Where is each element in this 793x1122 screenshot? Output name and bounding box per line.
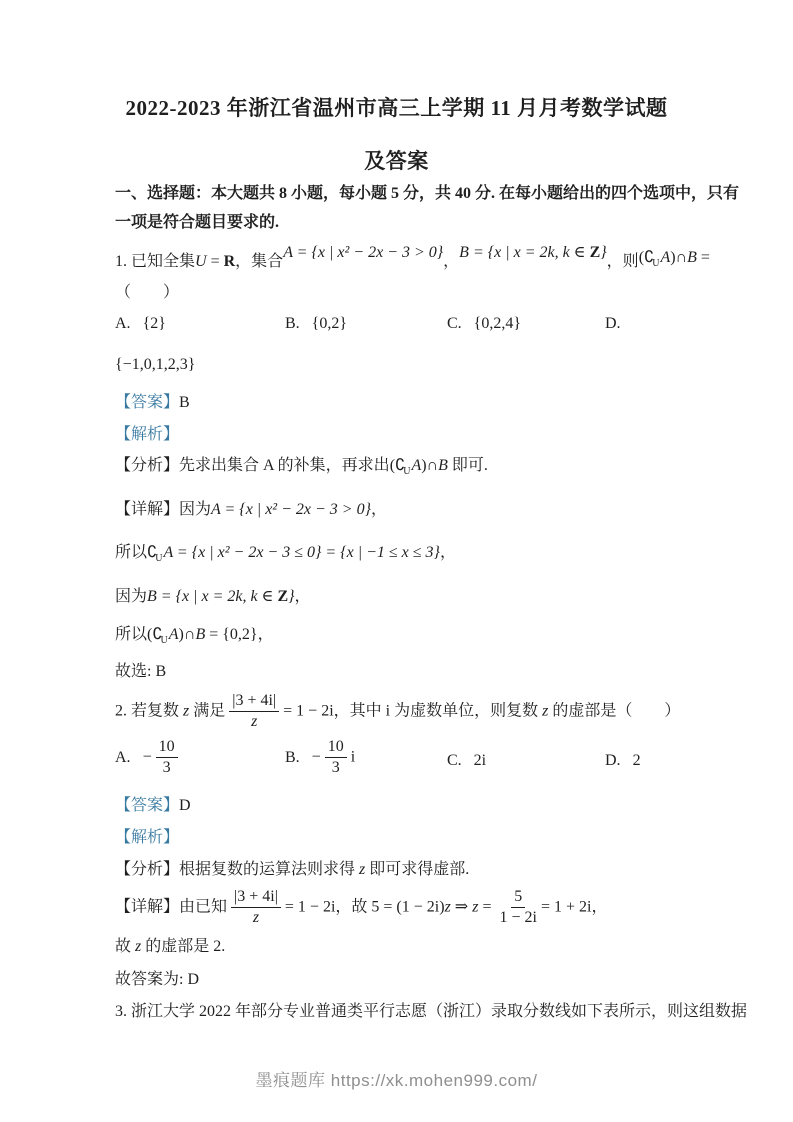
text-run: A (169, 626, 179, 643)
question-1-analysis: 【分析】先求出集合 A 的补集，再求出(∁UA)∩B 即可. (115, 456, 488, 479)
text-run: R (224, 253, 236, 270)
text-run: = (478, 899, 495, 916)
text-run: 因为 (115, 588, 147, 605)
fraction-numerator: |3 + 4i| (231, 888, 281, 908)
text-run: A = {x | x² − 2x − 3 ≤ 0} = {x | −1 ≤ x … (163, 544, 440, 561)
answer-label: 【答案】 (115, 394, 179, 411)
option-c: C.{0,2,4} (447, 315, 521, 333)
option-d-label: D. (605, 315, 621, 332)
text-run: A. (115, 749, 131, 766)
text-run: 【详解】因为 (115, 501, 211, 518)
question-3-stem: 3. 浙江大学 2022 年部分专业普通类平行志愿（浙江）录取分数线如下表所示，… (115, 1002, 747, 1022)
text-run: = (207, 253, 224, 270)
text-run: A (411, 457, 421, 474)
text-run: U (155, 553, 162, 564)
fraction: |3 + 4i|z (231, 888, 281, 928)
footer-watermark: 墨痕题库 https://xk.mohen999.com/ (0, 1070, 793, 1091)
option-c: C.2i (447, 752, 486, 770)
option-a: A.{2} (115, 315, 166, 333)
text-run: ， (591, 899, 607, 916)
fraction: 51 − 2i (499, 888, 536, 928)
text-run: 所以 (115, 626, 147, 643)
question-1-detail-3: 因为B = {x | x = 2k, k ∈ Z}， (115, 587, 311, 607)
fraction: 103 (325, 738, 347, 778)
text-run: 【分析】根据复数的运算法则求得 (115, 861, 355, 878)
question-2-stem: 2. 若复数 z 满足|3 + 4i|z= 1 − 2i，其中 i 为虚数单位，… (115, 692, 680, 732)
text-run: D. (605, 752, 621, 769)
fraction-denominator: z (251, 712, 257, 731)
fraction: |3 + 4i|z (229, 692, 279, 732)
text-run: ， (443, 253, 459, 270)
text-run: 的虚部是 2. (145, 938, 225, 955)
question-1-answer: 【答案】B (115, 393, 190, 413)
text-run: 2 (633, 752, 641, 769)
text-run: − (312, 749, 321, 766)
text-run: 2. 若复数 (115, 703, 179, 720)
option-b-label: B. (285, 315, 300, 332)
fraction-numerator: 10 (156, 738, 178, 758)
text-run: ，故 (335, 899, 367, 916)
question-1-stem: 1. 已知全集U = R，集合A = {x | x² − 2x − 3 > 0}… (115, 252, 710, 275)
question-2-answer: 【答案】D (115, 796, 191, 816)
fraction-denominator: 3 (332, 758, 340, 777)
text-run: ， (440, 544, 456, 561)
text-run: } (600, 244, 606, 261)
text-run: z (538, 703, 552, 720)
text-run: 【分析】先求出集合 A 的补集，再求出 (115, 457, 390, 474)
option-d-value-overflow: {−1,0,1,2,3} (115, 355, 195, 375)
option-d: D. (605, 315, 633, 333)
text-run: 1. 已知全集 (115, 253, 195, 270)
text-run: 即可. (448, 457, 488, 474)
text-run: U (652, 258, 659, 269)
fraction-numerator: 5 (511, 888, 525, 908)
text-run: B. (285, 749, 300, 766)
text-run: = 1 + 2i (541, 899, 592, 916)
question-1-detail-1: 【详解】因为A = {x | x² − 2x − 3 > 0}， (115, 500, 387, 520)
text-run: ，则 (607, 253, 639, 270)
text-run: ，集合 (235, 253, 283, 270)
text-run: ， (295, 588, 311, 605)
text-run: B (438, 457, 448, 474)
text-run: z (355, 861, 369, 878)
text-run: )∩ (421, 457, 438, 474)
text-run: = 1 − 2i (285, 899, 336, 916)
text-run: U (403, 466, 410, 477)
question-2-detail-2: 故 z 的虚部是 2. (115, 937, 225, 957)
text-run: )∩ (670, 249, 687, 266)
text-run: 5 = (1 − 2i) (367, 899, 444, 916)
fraction-denominator: z (253, 908, 259, 927)
question-1-conclusion: 故选: B (115, 662, 166, 682)
text-run: B (687, 249, 697, 266)
fraction-numerator: 10 (325, 738, 347, 758)
option-b: B.−103i (285, 738, 355, 778)
fraction-denominator: 1 − 2i (499, 908, 536, 927)
text-run: = 1 − 2i (283, 703, 334, 720)
text-run: B = {x | x = 2k, k ∈ (459, 244, 589, 261)
text-run: B = {x | x = 2k, k ∈ (147, 588, 277, 605)
text-run: 2i (474, 752, 486, 769)
question-2-options: A.−103 B.−103i C.2i D.2 (115, 738, 755, 792)
question-1-detail-2: 所以∁UA = {x | x² − 2x − 3 ≤ 0} = {x | −1 … (115, 543, 456, 566)
option-d: D.2 (605, 752, 641, 770)
text-run: ， (258, 626, 274, 643)
question-1-paren: （ ） (115, 283, 179, 303)
text-run: = (697, 249, 710, 266)
text-run: 【详解】由已知 (115, 899, 227, 916)
text-run: 即可求得虚部. (369, 861, 469, 878)
text-run: 的虚部是（ ） (552, 703, 680, 720)
text-run: 满足 (193, 703, 225, 720)
option-b: B.{0,2} (285, 315, 347, 333)
option-b-value: {0,2} (312, 315, 347, 332)
answer-label: 【答案】 (115, 797, 179, 814)
question-1-analysis-tag: 【解析】 (115, 425, 179, 445)
question-2-detail-1: 【详解】由已知|3 + 4i|z= 1 − 2i，故 5 = (1 − 2i)z… (115, 888, 607, 928)
text-run: C. (447, 752, 462, 769)
option-c-value: {0,2,4} (474, 315, 521, 332)
text-run: U (195, 253, 207, 270)
question-2-analysis-tag: 【解析】 (115, 828, 179, 848)
fraction: 103 (156, 738, 178, 778)
question-1-options: A.{2} B.{0,2} C.{0,2,4} D. (115, 315, 755, 345)
fraction-numerator: |3 + 4i| (229, 692, 279, 712)
text-run: ，其中 i 为虚数单位，则复数 (334, 703, 538, 720)
section-heading-line2: 一项是符合题目要求的. (115, 213, 279, 233)
text-run: U (161, 635, 168, 646)
text-run: Z (277, 588, 288, 605)
text-run: )∩ (179, 626, 196, 643)
text-run: z (131, 938, 145, 955)
exam-document-page: 2022-2023 年浙江省温州市高三上学期 11 月月考数学试题 及答案 一、… (0, 0, 793, 1122)
text-run: ， (371, 501, 387, 518)
exam-title-line1: 2022-2023 年浙江省温州市高三上学期 11 月月考数学试题 (0, 95, 793, 121)
text-run: = {0,2} (205, 626, 257, 643)
option-a-label: A. (115, 315, 131, 332)
exam-title-line2: 及答案 (0, 148, 793, 174)
option-c-label: C. (447, 315, 462, 332)
fraction-denominator: 3 (163, 758, 171, 777)
question-2-analysis: 【分析】根据复数的运算法则求得 z 即可求得虚部. (115, 860, 469, 880)
option-a-value: {2} (143, 315, 166, 332)
option-a: A.−103 (115, 738, 182, 778)
answer-value: B (179, 394, 190, 411)
question-2-conclusion: 故答案为: D (115, 970, 199, 990)
text-run: B (195, 626, 205, 643)
text-run: 故 (115, 938, 131, 955)
answer-value: D (179, 797, 191, 814)
text-run: 所以 (115, 544, 147, 561)
section-heading-line1: 一、选择题：本大题共 8 小题，每小题 5 分，共 40 分. 在每小题给出的四… (115, 184, 739, 204)
text-run: A = {x | x² − 2x − 3 > 0} (211, 501, 371, 518)
text-run: A (660, 249, 670, 266)
text-run: − (143, 749, 152, 766)
text-run: ⇒ (451, 899, 472, 916)
question-1-detail-4: 所以(∁UA)∩B = {0,2}， (115, 625, 274, 648)
text-run: A = {x | x² − 2x − 3 > 0} (283, 244, 443, 261)
text-run: Z (590, 244, 601, 261)
text-run: z (179, 703, 193, 720)
text-run: i (351, 749, 355, 766)
